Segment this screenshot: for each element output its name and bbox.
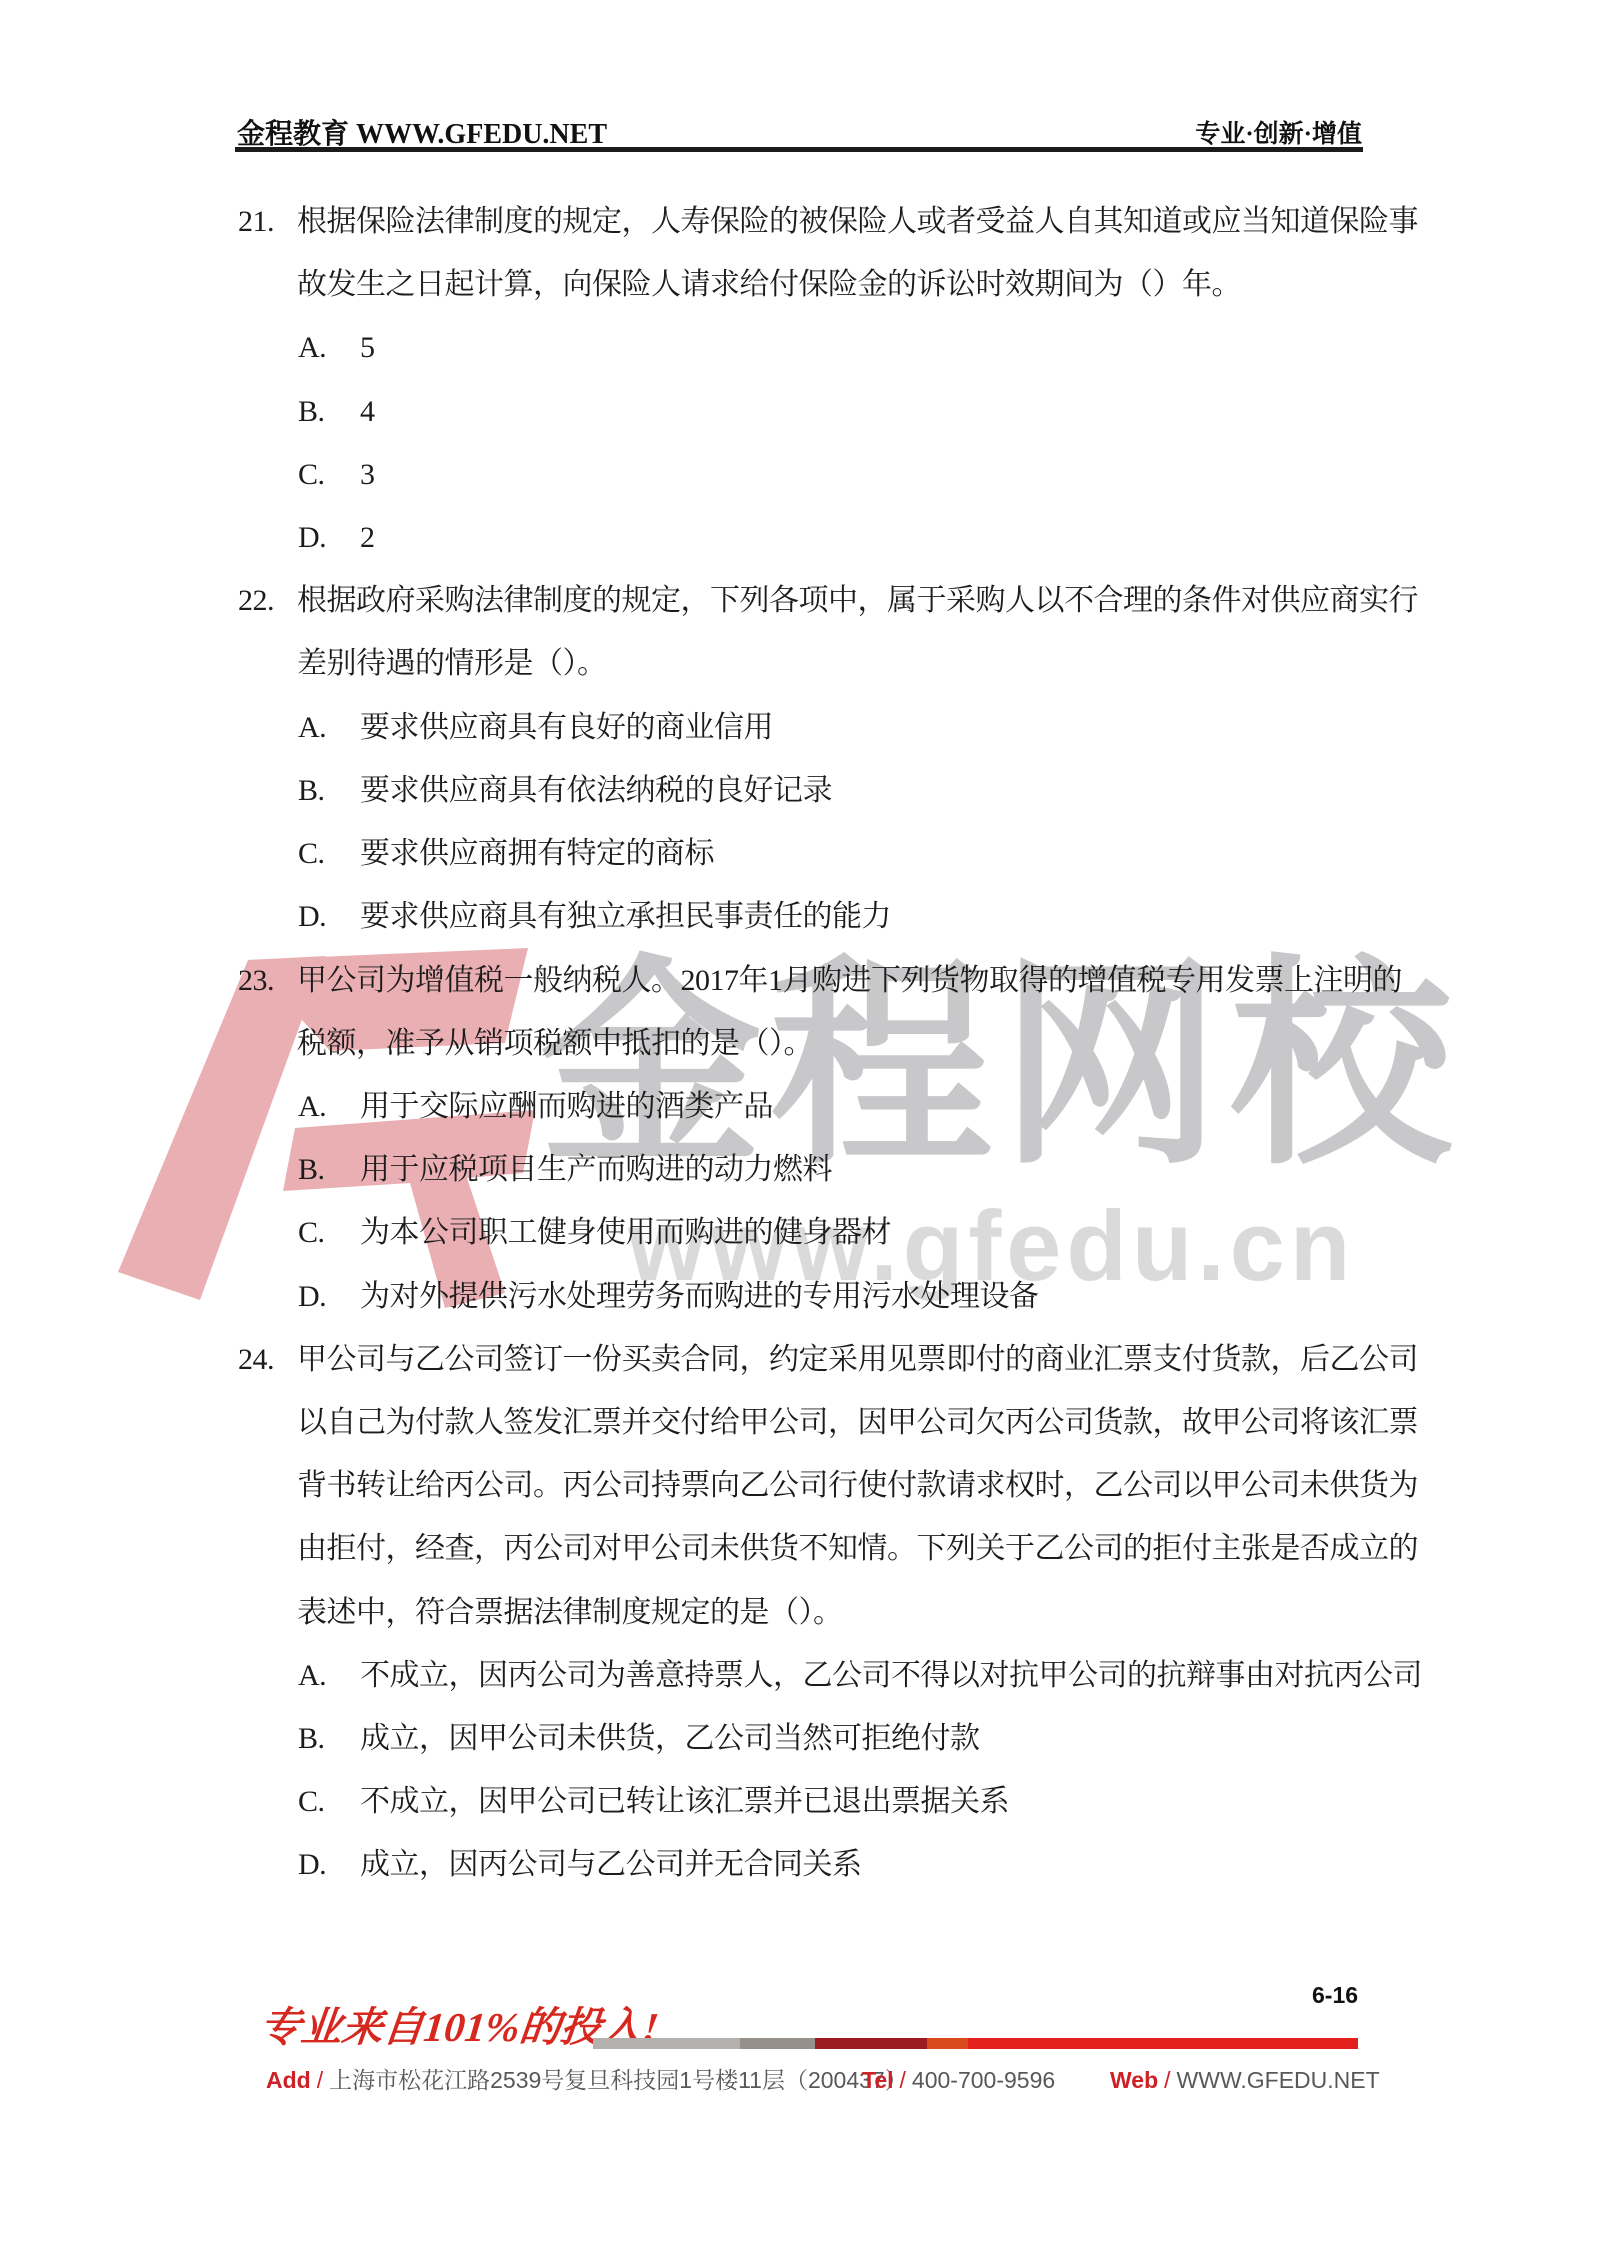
option-label: B.: [298, 1718, 360, 1760]
question-24-line-1: 甲公司与乙公司签订一份买卖合同，约定采用见票即付的商业汇票支付货款，后乙公司: [297, 1339, 1418, 1381]
question-23-option-c: C.为本公司职工健身使用而购进的健身器材: [298, 1212, 891, 1254]
option-label: C.: [298, 1212, 360, 1254]
question-22-number: 22.: [238, 580, 274, 622]
question-21-line-1: 根据保险法律制度的规定，人寿保险的被保险人或者受益人自其知道或应当知道保险事: [297, 201, 1418, 243]
question-22-option-a: A.要求供应商具有良好的商业信用: [298, 707, 773, 749]
option-label: C.: [298, 833, 360, 875]
question-22-option-b: B.要求供应商具有依法纳税的良好记录: [298, 770, 832, 812]
question-24-number: 24.: [238, 1339, 274, 1381]
header-brand: 金程教育 WWW.GFEDU.NET: [237, 112, 607, 152]
option-text: 4: [360, 395, 375, 428]
question-23-line-1: 甲公司为增值税一般纳税人。2017年1月购进下列货物取得的增值税专用发票上注明的: [297, 960, 1402, 1002]
question-23-option-d: D.为对外提供污水处理劳务而购进的专用污水处理设备: [298, 1276, 1039, 1318]
address-label: Add: [266, 2067, 311, 2093]
footer-website: Web/WWW.GFEDU.NET: [1110, 2066, 1380, 2094]
option-label: D.: [298, 1276, 360, 1318]
option-text: 2: [360, 521, 375, 554]
option-label: A.: [298, 1655, 360, 1697]
separator: /: [894, 2067, 912, 2093]
question-22-line-2: 差别待遇的情形是（）。: [297, 643, 607, 685]
option-text: 不成立，因甲公司已转让该汇票并已退出票据关系: [360, 1785, 1009, 1818]
option-text: 用于应税项目生产而购进的动力燃料: [360, 1153, 832, 1186]
option-label: C.: [298, 1781, 360, 1823]
option-text: 用于交际应酬而购进的酒类产品: [360, 1090, 773, 1123]
option-text: 为对外提供污水处理劳务而购进的专用污水处理设备: [360, 1280, 1039, 1313]
option-text: 不成立，因丙公司为善意持票人，乙公司不得以对抗甲公司的抗辩事由对抗丙公司: [360, 1659, 1422, 1692]
footer-bar-segment: [815, 2038, 927, 2049]
option-label: B.: [298, 770, 360, 812]
tel-value: 400-700-9596: [912, 2067, 1055, 2093]
option-label: B.: [298, 1149, 360, 1191]
question-22-line-1: 根据政府采购法律制度的规定，下列各项中，属于采购人以不合理的条件对供应商实行: [297, 580, 1418, 622]
option-text: 3: [360, 458, 375, 491]
option-text: 要求供应商拥有特定的商标: [360, 837, 714, 870]
header-slogan: 专业·创新·增值: [1195, 114, 1362, 150]
option-text: 成立，因甲公司未供货，乙公司当然可拒绝付款: [360, 1722, 980, 1755]
option-text: 要求供应商具有良好的商业信用: [360, 711, 773, 744]
option-label: A.: [298, 1086, 360, 1128]
question-24-option-d: D.成立，因丙公司与乙公司并无合同关系: [298, 1844, 862, 1886]
question-21-option-c: C.3: [298, 454, 375, 496]
address-value: 上海市松花江路2539号复旦科技园1号楼11层（200437）: [329, 2067, 908, 2093]
question-21-line-2: 故发生之日起计算，向保险人请求给付保险金的诉讼时效期间为（）年。: [297, 264, 1241, 306]
question-23-line-2: 税额，准予从销项税额中抵扣的是（）。: [297, 1023, 813, 1065]
question-24-line-3: 背书转让给丙公司。丙公司持票向乙公司行使付款请求权时，乙公司以甲公司未供货为: [297, 1465, 1418, 1507]
footer-address: Add/上海市松花江路2539号复旦科技园1号楼11层（200437）: [266, 2066, 908, 2094]
question-22-option-d: D.要求供应商具有独立承担民事责任的能力: [298, 896, 891, 938]
footer-bar-segment: [740, 2038, 815, 2049]
question-22-option-c: C.要求供应商拥有特定的商标: [298, 833, 714, 875]
option-text: 5: [360, 331, 375, 364]
option-label: A.: [298, 707, 360, 749]
footer-telephone: Tel/400-700-9596: [862, 2066, 1055, 2094]
option-label: D.: [298, 1844, 360, 1886]
option-text: 为本公司职工健身使用而购进的健身器材: [360, 1216, 891, 1249]
question-24-line-2: 以自己为付款人签发汇票并交付给甲公司，因甲公司欠丙公司货款，故甲公司将该汇票: [297, 1402, 1418, 1444]
page-number: 6-16: [1312, 1982, 1358, 2009]
question-21-option-d: D.2: [298, 517, 375, 559]
option-label: C.: [298, 454, 360, 496]
option-text: 要求供应商具有独立承担民事责任的能力: [360, 900, 891, 933]
option-label: D.: [298, 896, 360, 938]
question-21-option-a: A.5: [298, 327, 375, 369]
option-label: B.: [298, 391, 360, 433]
option-label: A.: [298, 327, 360, 369]
web-value: WWW.GFEDU.NET: [1177, 2067, 1380, 2093]
footer-bar-segment: [593, 2038, 740, 2049]
question-24-option-a: A.不成立，因丙公司为善意持票人，乙公司不得以对抗甲公司的抗辩事由对抗丙公司: [298, 1655, 1422, 1697]
tel-label: Tel: [862, 2067, 894, 2093]
footer-bar-segment: [968, 2038, 1358, 2049]
separator: /: [311, 2067, 329, 2093]
question-24-option-c: C.不成立，因甲公司已转让该汇票并已退出票据关系: [298, 1781, 1009, 1823]
question-23-option-a: A.用于交际应酬而购进的酒类产品: [298, 1086, 773, 1128]
question-21-number: 21.: [238, 201, 274, 243]
footer-bar-segment: [927, 2038, 968, 2049]
question-24-line-5: 表述中，符合票据法律制度规定的是（）。: [297, 1592, 843, 1634]
question-21-option-b: B.4: [298, 391, 375, 433]
document-page: 金程网校 www.gfedu.cn 金程教育 WWW.GFEDU.NET 专业·…: [0, 0, 1600, 2263]
question-23-number: 23.: [238, 960, 274, 1002]
option-label: D.: [298, 517, 360, 559]
separator: /: [1158, 2067, 1176, 2093]
web-label: Web: [1110, 2067, 1158, 2093]
option-text: 成立，因丙公司与乙公司并无合同关系: [360, 1848, 862, 1881]
header-divider: [235, 147, 1363, 152]
question-24-option-b: B.成立，因甲公司未供货，乙公司当然可拒绝付款: [298, 1718, 980, 1760]
option-text: 要求供应商具有依法纳税的良好记录: [360, 774, 832, 807]
question-24-line-4: 由拒付，经查，丙公司对甲公司未供货不知情。下列关于乙公司的拒付主张是否成立的: [297, 1528, 1418, 1570]
question-23-option-b: B.用于应税项目生产而购进的动力燃料: [298, 1149, 832, 1191]
